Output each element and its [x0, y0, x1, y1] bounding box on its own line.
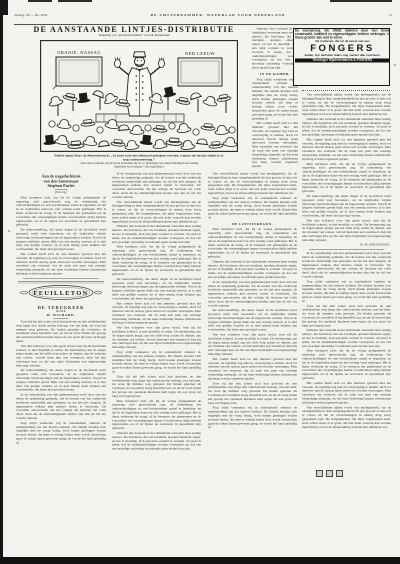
body-paragraph: Toen hij het hek achter zich had geslote…	[208, 382, 297, 405]
feuilleton-block: FEUILLETON DE TERUGKEER DOOR H. WICHARD.	[16, 280, 106, 318]
feuilleton-rule	[54, 318, 69, 319]
masthead: DE AMSTERDAMMER, WEEKBLAD VOOR NEDERLAND	[151, 13, 286, 18]
body-paragraph: Het comité heeft zich tot den minister g…	[112, 302, 201, 325]
ad-footer: Groninger Rijwielenfabriek A.FONGERS	[295, 58, 390, 62]
body-paragraph: In de vergadering van den gemeenteraad w…	[208, 280, 297, 307]
body-paragraph: Toen hij het hek achter zich had geslote…	[112, 375, 201, 398]
body-paragraph: Men herinnert zich, dat bij de vorige ge…	[302, 162, 391, 193]
body-paragraph: Omtrent den toestand in het buitenland v…	[302, 329, 391, 348]
body-paragraph: Men herinnert zich, dat bij de vorige ge…	[302, 349, 391, 380]
body-paragraph: De tentoonstelling, die dezer dagen in d…	[208, 309, 297, 332]
cartoon-credit: Teekening voor „De Amsterdammer” van Joh…	[16, 34, 252, 37]
article-subnote: (Vervolg.)	[16, 191, 106, 195]
ad-divider-rule	[302, 90, 390, 91]
body-paragraph: Nog altijd verkeeren wij in onzekerheid …	[112, 351, 201, 374]
body-paragraph: Men herinnert zich, dat bij de vorige ge…	[16, 196, 106, 227]
body-paragraph: Van verschillende zijden wordt ons medeg…	[302, 406, 391, 429]
body-paragraph: Nog altijd verkeeren wij in onzekerheid …	[302, 280, 391, 303]
body-paragraph: Van verschillende zijden wordt ons medeg…	[302, 93, 391, 116]
ad-brand: FONGERS	[295, 44, 390, 54]
scan-top-dash	[28, 0, 52, 2]
body-column-3: Van verschillende zijden wordt ons medeg…	[208, 172, 297, 480]
column-divider	[23, 278, 99, 279]
body-column-2: In de vergadering van den gemeenteraad w…	[112, 172, 201, 480]
body-paragraph: Omtrent den toestand in het buitenland v…	[208, 260, 297, 279]
body-paragraph: Omtrent den toestand in het buitenland v…	[112, 432, 201, 451]
body-paragraph: Wat den schrijver voor den geest stond, …	[208, 333, 297, 356]
body-paragraph: Men herinnert zich, dat bij de vorige ge…	[112, 245, 201, 276]
body-paragraph: In de vergadering van den gemeenteraad w…	[16, 393, 106, 420]
body-paragraph: Het comité heeft zich tot den minister g…	[302, 381, 391, 404]
newspaper-page: 29 Aug. '20 — No. 2250 DE AMSTERDAMMER, …	[0, 0, 400, 564]
end-of-article-marks	[314, 469, 345, 478]
body-column-4: Van verschillende zijden wordt ons medeg…	[302, 93, 391, 480]
scan-left-edge	[0, 0, 3, 564]
end-square	[336, 470, 343, 477]
body-paragraph: De tentoonstelling, die dezer dagen in d…	[16, 369, 106, 392]
end-square	[316, 470, 323, 477]
article-title-line: Stephan Parlée	[16, 184, 106, 189]
caption-note: „Naar men verneemt, ligt het in de bedoe…	[78, 162, 200, 168]
body-paragraph: Het comité heeft zich tot den minister g…	[16, 252, 106, 275]
body-paragraph: Omtrent den toestand in het buitenland v…	[112, 225, 201, 244]
author-signature: Dr. H. MOLHUYSEN.	[302, 243, 390, 247]
fongers-ad: De voorsprong, die ONZE rijwielen door h…	[293, 28, 390, 86]
page-number: 11	[389, 13, 392, 18]
column-divider	[309, 249, 384, 250]
ad-outro: leiden, zijn derhalve thans nog sterker …	[295, 54, 390, 57]
body-paragraph: In de vergadering van den gemeenteraad w…	[112, 172, 201, 199]
lead-block: DE AANSTAANDE LINTJES-DISTRIBUTIE Teeken…	[16, 25, 252, 40]
body-paragraph: In de vergadering van den gemeenteraad w…	[302, 252, 391, 279]
heading-ornament	[55, 189, 68, 190]
body-paragraph: Het comité heeft zich tot den minister g…	[252, 122, 298, 169]
body-paragraph: Het comité heeft zich tot den minister g…	[208, 357, 297, 380]
body-paragraph: Van verschillende zijden wordt ons medeg…	[208, 172, 297, 195]
scan-corner-mark	[0, 0, 8, 15]
article-heading: Aan de nagedachtenis van den kunstenaar …	[16, 174, 106, 194]
column-subheading: IN DE KAMER.	[252, 72, 298, 76]
column-subheading: DE LINTJESREGEN.	[208, 222, 297, 226]
body-paragraph: Men herinnert zich, dat bij de vorige ge…	[208, 228, 297, 259]
ad-intro: De voorsprong, die ONZE rijwielen door h…	[295, 30, 390, 40]
body-paragraph: Toen hij het hek achter zich had geslote…	[16, 320, 106, 343]
body-paragraph: Nog altijd verkeeren wij in onzekerheid …	[208, 406, 297, 429]
body-paragraph: Toen hij het hek achter zich had geslote…	[302, 304, 391, 327]
feuilleton-banner: FEUILLETON	[16, 280, 106, 302]
scan-top-dash	[330, 0, 392, 2]
body-paragraph: Wat den schrijver voor den geest stond, …	[252, 169, 298, 170]
body-paragraph: Wat den schrijver voor den geest stond, …	[302, 219, 391, 242]
ink-speck	[8, 230, 10, 232]
feuilleton-author: H. WICHARD.	[16, 313, 106, 317]
body-paragraph: Omtrent den toestand in het buitenland v…	[252, 27, 298, 70]
ink-speck	[394, 64, 396, 66]
body-paragraph: De tentoonstelling, die dezer dagen in d…	[16, 228, 106, 251]
body-paragraph: Wat den schrijver voor den geest stond, …	[16, 344, 106, 367]
body-paragraph: Omtrent den toestand in het buitenland v…	[302, 117, 391, 136]
body-paragraph: Nog altijd verkeeren wij in onzekerheid …	[16, 421, 106, 444]
caption-bold: Politie-agent Ruys de Beerenbrouck: „Je …	[54, 154, 224, 162]
body-paragraph: Wat den schrijver voor den geest stond, …	[112, 326, 201, 349]
scan-bottom-edge	[0, 557, 400, 564]
cartoon-caption: Politie-agent Ruys de Beerenbrouck: „Je …	[54, 154, 224, 172]
scan-top-dash	[58, 0, 92, 2]
end-square	[326, 470, 333, 477]
body-column-1: Aan de nagedachtenis van den kunstenaar …	[16, 174, 106, 480]
body-paragraph: Het comité heeft zich tot den minister g…	[302, 138, 391, 161]
body-paragraph: Nog altijd verkeeren wij in onzekerheid …	[208, 196, 297, 219]
narrow-column: Omtrent den toestand in het buitenland v…	[252, 27, 298, 170]
svg-text:NED LEEUW: NED LEEUW	[185, 51, 216, 56]
body-paragraph: Nog altijd verkeeren wij in onzekerheid …	[252, 78, 298, 121]
body-paragraph: De tentoonstelling, die dezer dagen in d…	[302, 194, 391, 217]
headline: DE AANSTAANDE LINTJES-DISTRIBUTIE	[16, 25, 252, 34]
body-paragraph: Van verschillende zijden wordt ons medeg…	[112, 200, 201, 223]
body-paragraph: Men herinnert zich, dat bij de vorige ge…	[112, 399, 201, 430]
political-cartoon: ORANJE, NASSAU NED LEEUW	[40, 40, 238, 152]
svg-text:FEUILLETON: FEUILLETON	[33, 290, 88, 297]
page-header: 29 Aug. '20 — No. 2250 DE AMSTERDAMMER, …	[14, 13, 392, 23]
date-issue: 29 Aug. '20 — No. 2250	[14, 13, 47, 18]
body-paragraph: De tentoonstelling, die dezer dagen in d…	[112, 277, 201, 300]
